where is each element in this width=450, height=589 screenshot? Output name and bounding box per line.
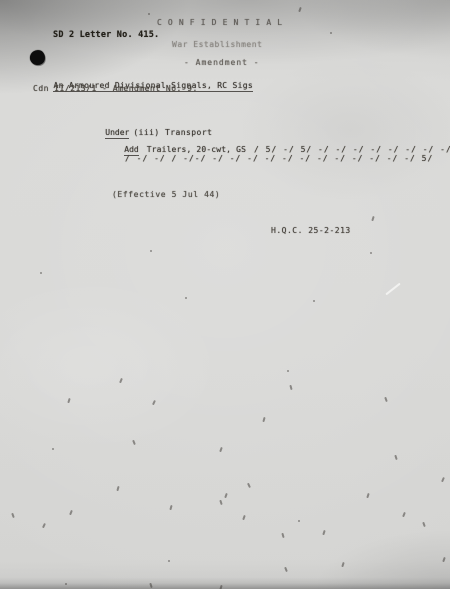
letter-number: SD 2 Letter No. 415.: [53, 31, 159, 40]
speckle: [298, 520, 300, 522]
speckle: [219, 585, 222, 589]
speckle: [313, 300, 315, 302]
speckle: [442, 557, 445, 562]
speckle: [330, 32, 332, 34]
speckle: [185, 297, 187, 299]
speckle: [67, 398, 70, 403]
speckle: [69, 510, 72, 515]
speckle: [65, 583, 67, 585]
speckle: [371, 216, 374, 221]
speckle: [224, 493, 227, 498]
speckle: [289, 385, 292, 390]
scanned-document-page: C O N F I D E N T I A L SD 2 Letter No. …: [0, 0, 450, 589]
speckle: [116, 486, 119, 491]
document-title: War Establishment: [172, 40, 262, 49]
speckle: [298, 7, 301, 12]
add-item: Trailers, 20-cwt, GS: [147, 145, 246, 154]
speckle: [287, 370, 289, 372]
speckle: [40, 272, 42, 274]
speckle: [132, 440, 135, 445]
speckle: [247, 483, 250, 488]
amendment-subtitle: - Amendment -: [184, 58, 260, 67]
speckle: [394, 455, 397, 460]
speckle: [219, 447, 222, 452]
speckle: [262, 417, 265, 422]
speckle: [42, 523, 45, 528]
classification-banner: C O N F I D E N T I A L: [157, 18, 283, 27]
speckle: [281, 533, 284, 538]
speckle: [422, 522, 425, 527]
effective-date: (Effective 5 Jul 44): [112, 190, 220, 199]
speckle: [169, 505, 172, 510]
speckle: [148, 13, 150, 15]
speckle: [242, 515, 245, 520]
speckle: [150, 250, 152, 252]
speckle: [152, 400, 155, 405]
speckle: [149, 583, 152, 588]
speckle: [441, 477, 444, 482]
speckle: [370, 252, 372, 254]
reference-line: Cdn II/213/1 - Amendment No. 9.: [33, 84, 198, 93]
speckle: [384, 397, 387, 402]
speckle: [52, 448, 54, 450]
speckle: [322, 530, 325, 535]
speckle: [168, 560, 170, 562]
speckle: [341, 562, 344, 567]
figures-row-1: / 5/ -/ 5/ -/ -/ -/ -/ -/ -/ -/ -/: [254, 145, 450, 154]
speckle: [219, 500, 222, 505]
speckle: [366, 493, 369, 498]
speckle: [402, 512, 405, 517]
scratch-mark: [385, 283, 400, 296]
figures-row-2: / -/ -/ / -/-/ -/ -/ -/ -/ -/ -/ -/ -/ -…: [125, 154, 433, 163]
file-reference: H.Q.C. 25-2-213: [271, 226, 351, 235]
speckle: [119, 378, 122, 383]
speckle: [11, 513, 14, 518]
speckle: [284, 567, 287, 572]
ink-blot: [29, 49, 46, 66]
